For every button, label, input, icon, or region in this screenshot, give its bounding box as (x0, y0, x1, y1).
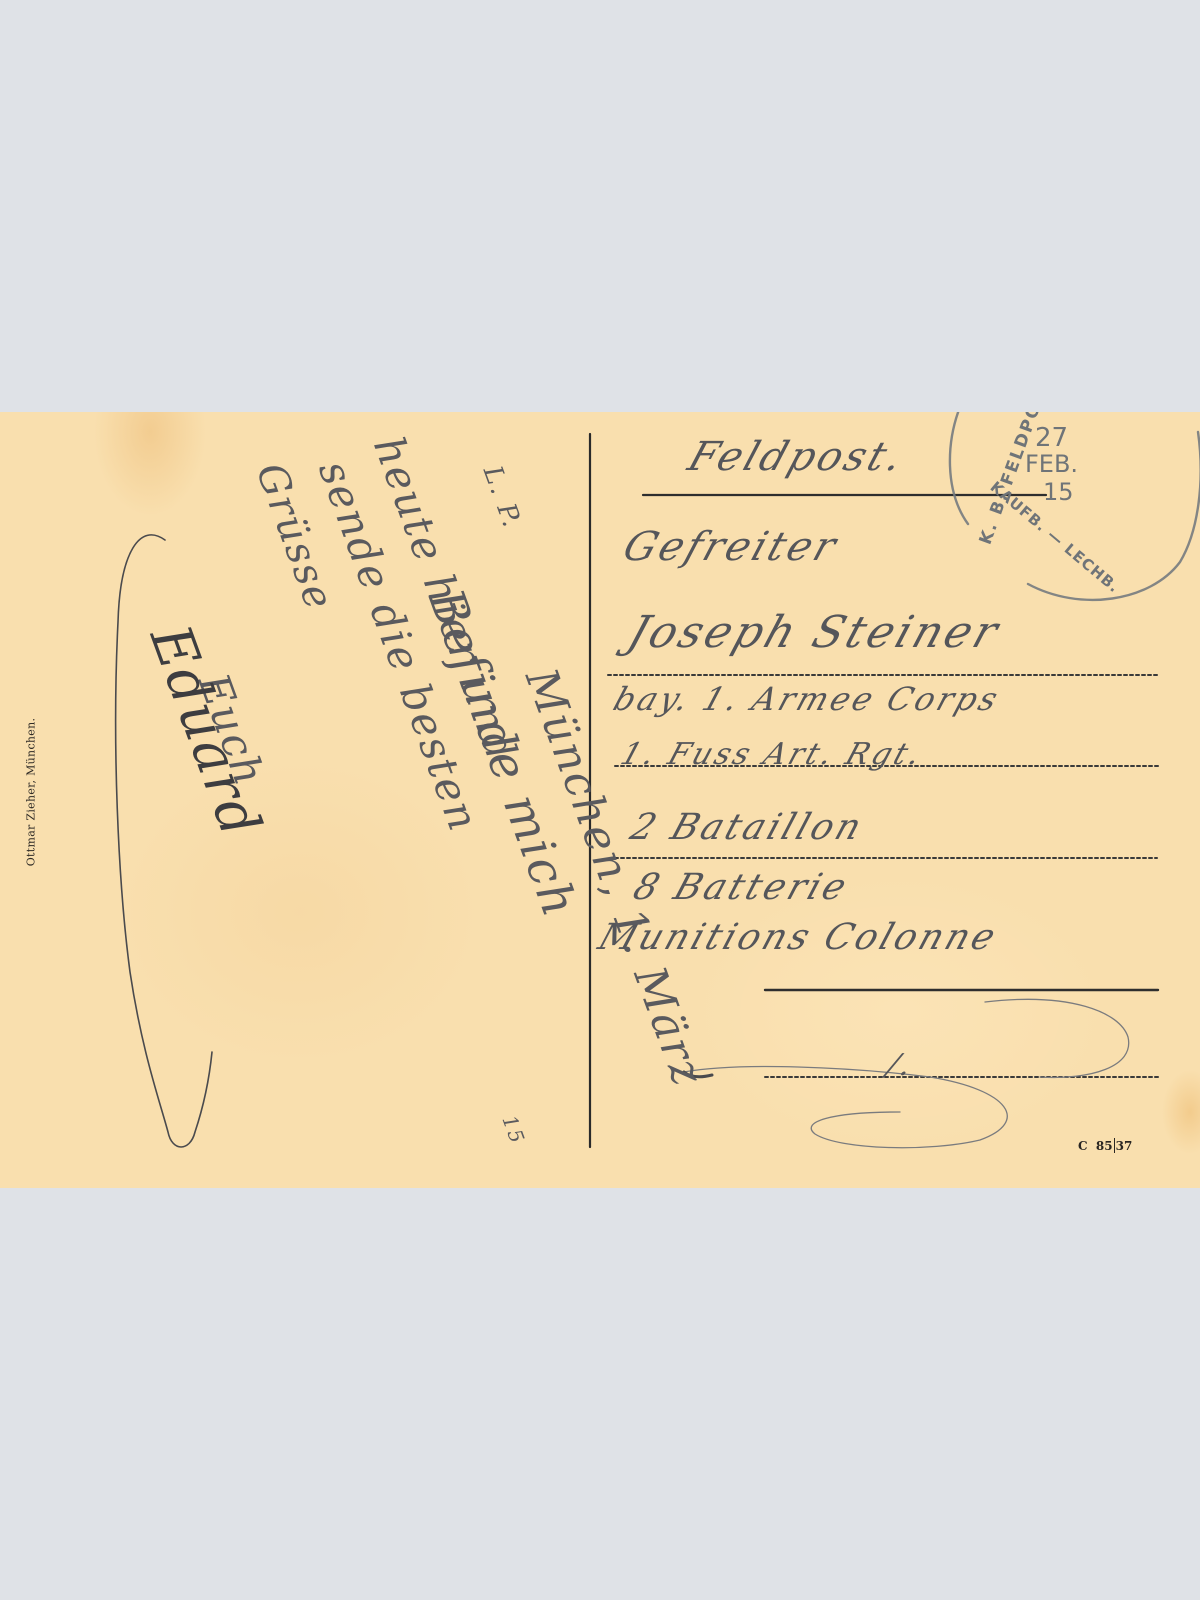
print-code-left: 85 (1096, 1139, 1113, 1153)
address-header: Feldpost. (683, 434, 912, 480)
postcard: 27 FEB. 15 KAUFB. — LECHB. K. B. FELDPOS… (0, 412, 1200, 1188)
postmark-year: 15 (1043, 480, 1074, 504)
publisher-imprint: Ottmar Zieher, München. (25, 718, 38, 867)
address-flourish-2 (684, 1067, 1007, 1148)
address-line-rank: Gefreiter (618, 524, 845, 570)
address-line-corps: bay. 1. Armee Corps (609, 680, 1006, 718)
address-line-regiment: 1. Fuss Art. Rgt. (616, 737, 928, 772)
print-code-prefix: C (1078, 1139, 1088, 1153)
address-flourish-1 (985, 999, 1129, 1077)
address-line-battery: 8 Batterie (628, 867, 854, 908)
print-code-separator (1114, 1138, 1115, 1153)
page: 27 FEB. 15 KAUFB. — LECHB. K. B. FELDPOS… (0, 0, 1200, 1600)
address-line-name: Joseph Steiner (622, 607, 1007, 658)
print-code-right: 37 (1116, 1139, 1133, 1153)
postmark-month: FEB. (1025, 452, 1078, 476)
postmark: 27 FEB. 15 KAUFB. — LECHB. K. B. FELDPOS… (955, 412, 1200, 600)
postmark-day: 27 (1035, 425, 1068, 451)
print-code: C 8537 (1078, 1138, 1132, 1153)
address-line-battalion: 2 Bataillon (625, 807, 869, 848)
